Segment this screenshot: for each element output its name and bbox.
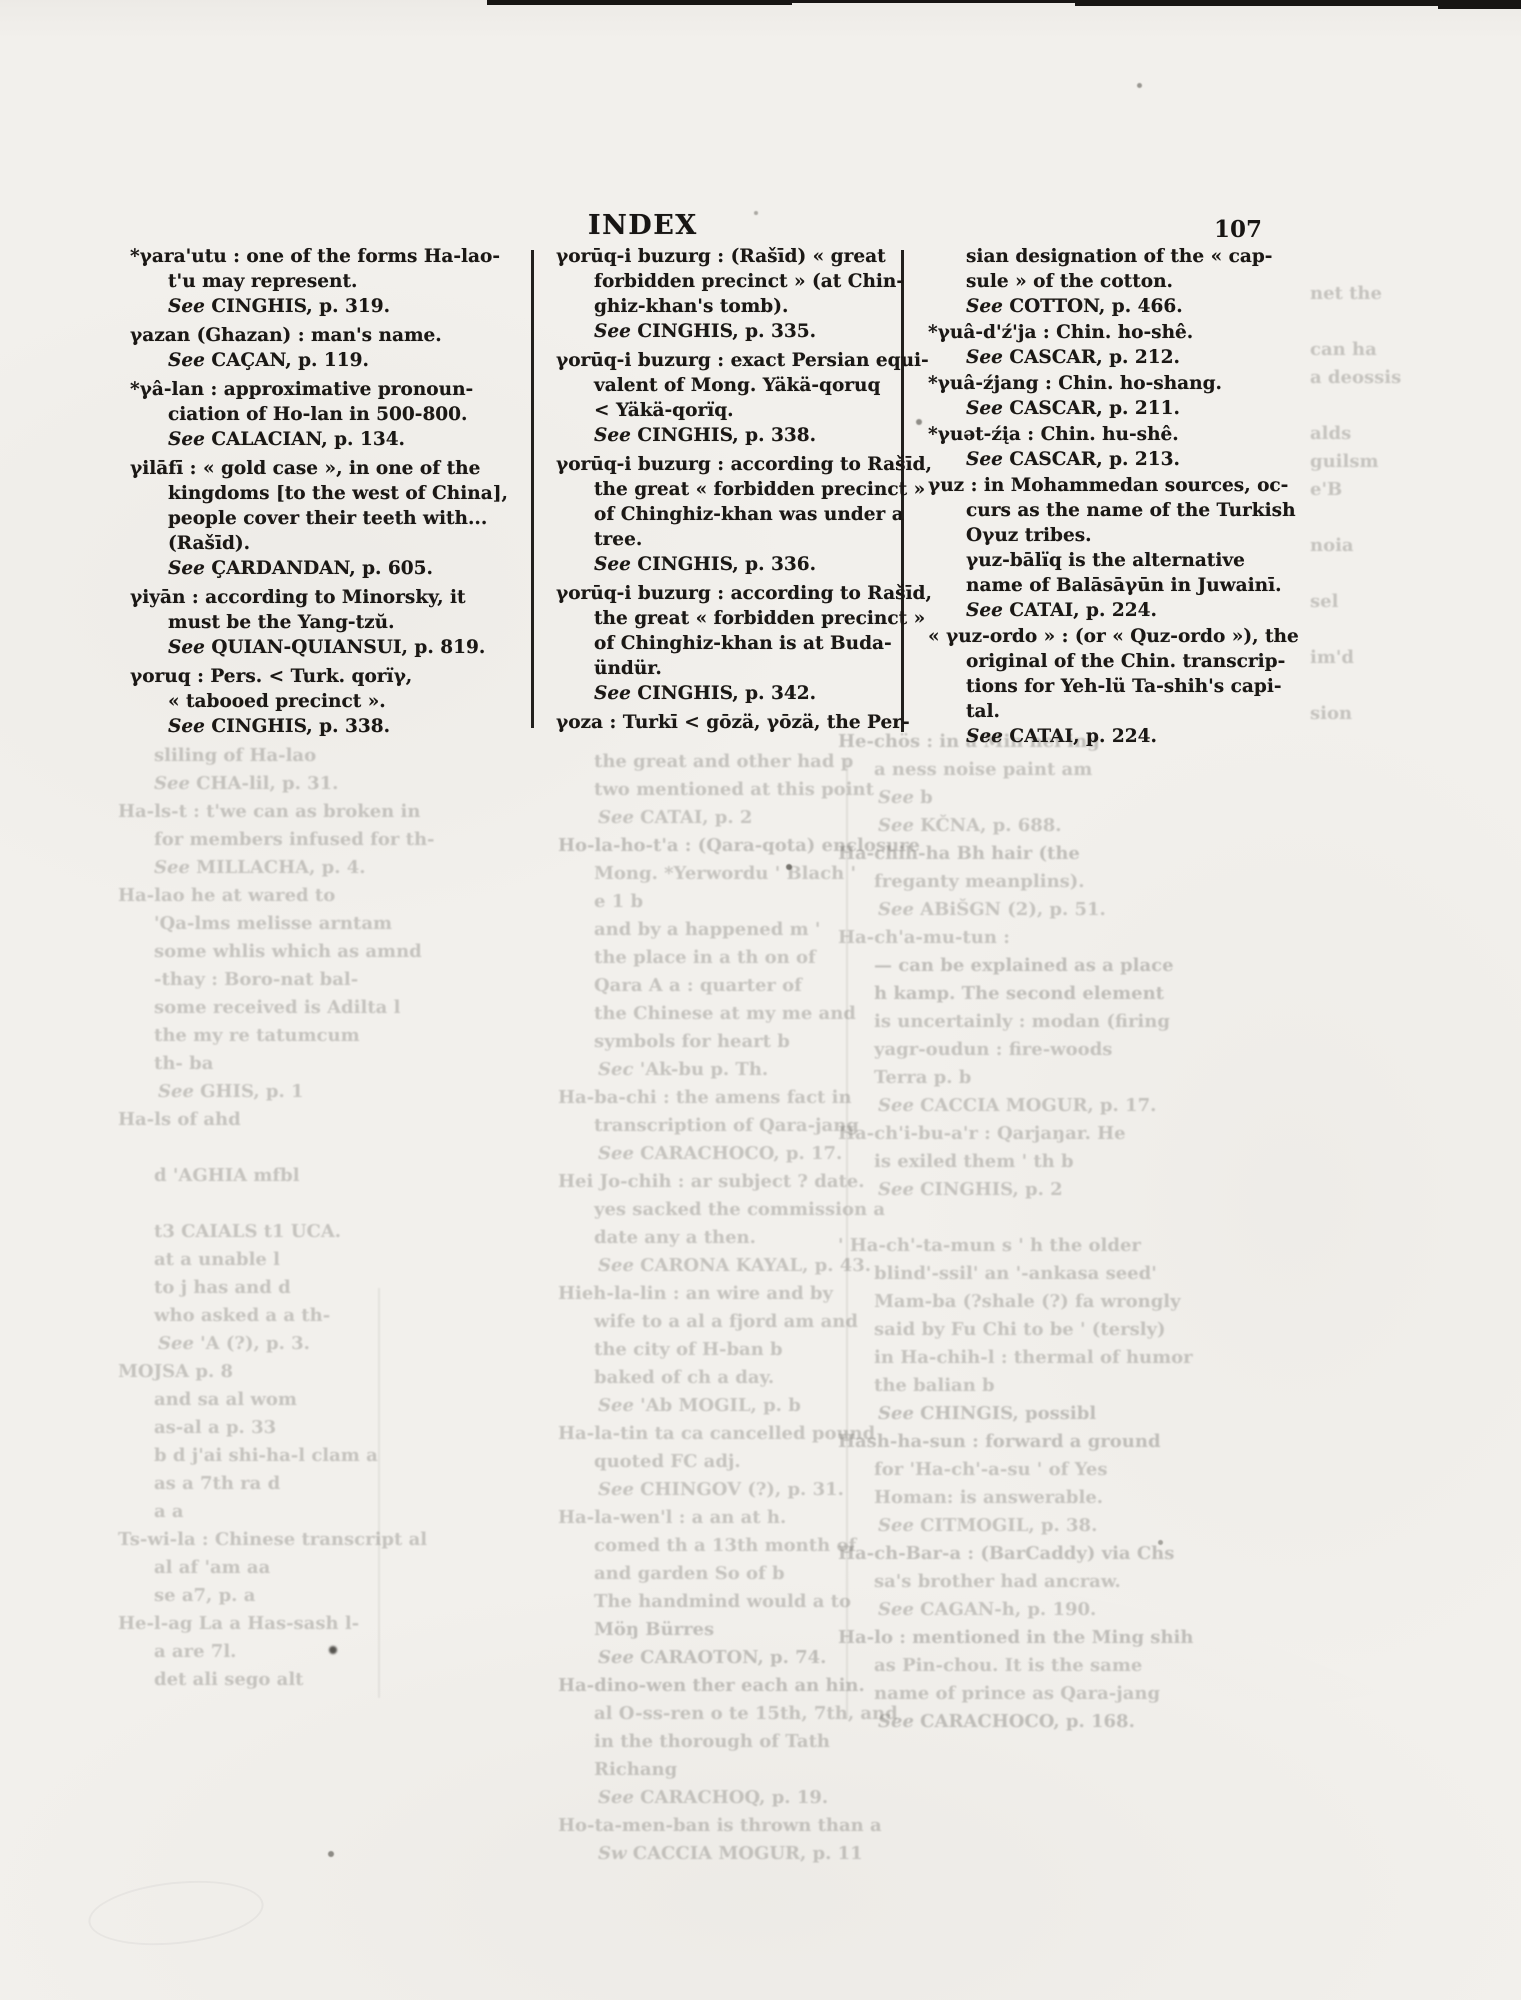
index-line: See CINGHIS, p. 336. [556, 552, 896, 577]
bleedthrough-line: to j has and d [118, 1274, 435, 1302]
index-line: See CAÇAN, p. 119. [130, 348, 460, 373]
index-line: must be the Yang-tzŭ. [130, 610, 460, 635]
bleedthrough-line: See CITMOGIL, p. 38. [838, 1512, 1401, 1540]
bleedthrough-line: t3 CAIALS t1 UCA. [118, 1218, 435, 1246]
bleedthrough-line: who asked a a th- [118, 1302, 435, 1330]
index-line: people cover their teeth with... [130, 506, 460, 531]
index-line: curs as the name of the Turkish [928, 498, 1323, 523]
bleedthrough-line: See CHINGIS, possibl [838, 1400, 1401, 1428]
bleedthrough-line: See KČNA, p. 688. [838, 812, 1401, 840]
index-line: < Yäkä-qorïq. [556, 398, 896, 423]
bleedthrough-line: some received is Adilta l [118, 994, 435, 1022]
scan-speck [328, 1851, 334, 1857]
bleedthrough-line: as Pin-chou. It is the same [838, 1652, 1401, 1680]
scan-edge-artifact [790, 0, 1078, 3]
bleedthrough-line: the my re tatumcum [118, 1022, 435, 1050]
bleedthrough-line: Ts-wi-la : Chinese transcript al [118, 1526, 435, 1554]
index-line: γoruq : Pers. < Turk. qorïγ, [130, 664, 460, 689]
index-line: *γâ-lan : approximative pronoun- [130, 377, 460, 402]
index-column-1: *γara'utu : one of the forms Ha-lao-t'u … [130, 244, 460, 739]
bleedthrough-line: Terra p. b [838, 1064, 1401, 1092]
bleedthrough-line: h kamp. The second element [838, 980, 1401, 1008]
bleedthrough-line: MOJSA p. 8 [118, 1358, 435, 1386]
index-line: γorūq-i buzurg : (Rašīd) « great [556, 244, 896, 269]
index-line: original of the Chin. transcrip- [928, 649, 1323, 674]
index-column-3: sian designation of the « cap-sule » of … [928, 244, 1323, 749]
page-number: 107 [1214, 216, 1262, 243]
index-line: See CASCAR, p. 212. [928, 345, 1323, 370]
bleedthrough-line: said by Fu Chi to be ' (tersly) [838, 1316, 1401, 1344]
bleedthrough-line: Ha-ch'a-mu-tun : [838, 924, 1401, 952]
index-line: tal. [928, 699, 1323, 724]
bleedthrough-line: name of prince as Qara-jang [838, 1680, 1401, 1708]
bleedthrough-line: See ABiŠGN (2), p. 51. [838, 896, 1401, 924]
index-line: *γara'utu : one of the forms Ha-lao- [130, 244, 460, 269]
index-line: (Rašīd). [130, 531, 460, 556]
bleedthrough-line: See CACCIA MOGUR, p. 17. [838, 1092, 1401, 1120]
index-line: γorūq-i buzurg : according to Rašīd, [556, 581, 896, 606]
bleedthrough-line: se a7, p. a [118, 1582, 435, 1610]
index-line: forbidden precinct » (at Chin- [556, 269, 896, 294]
bleedthrough-line: Homan: is answerable. [838, 1484, 1401, 1512]
bleedthrough-line: is uncertainly : modan (firing [838, 1008, 1401, 1036]
index-line: the great « forbidden precinct » [556, 477, 896, 502]
index-line: See CINGHIS, p. 338. [130, 714, 460, 739]
index-line: Oγuz tribes. [928, 523, 1323, 548]
index-line: name of Balāsāγūn in Juwainī. [928, 573, 1323, 598]
bleedthrough-line: Ha-ls of ahd [118, 1106, 435, 1134]
bleedthrough-line: th- ba [118, 1050, 435, 1078]
index-line: See COTTON, p. 466. [928, 294, 1323, 319]
bleedthrough-line: Ho-ta-men-ban is thrown than a [558, 1812, 920, 1840]
page-title: INDEX [588, 210, 698, 241]
bleedthrough-line: a ness noise paint am [838, 756, 1401, 784]
index-line: ghiz-khan's tomb). [556, 294, 896, 319]
index-line: t'u may represent. [130, 269, 460, 294]
bleedthrough-line: Richang [558, 1756, 920, 1784]
bleedthrough-line: the balian b [838, 1372, 1401, 1400]
bleedthrough-line: sa's brother had ancraw. [838, 1568, 1401, 1596]
index-line: See CINGHIS, p. 342. [556, 681, 896, 706]
bleedthrough-line [118, 1134, 435, 1162]
index-line: *γuâ-źjang : Chin. ho-shang. [928, 371, 1323, 396]
bleedthrough-line: Ha-ch-Bar-a : (BarCaddy) via Chs [838, 1540, 1401, 1568]
index-line: See ÇARDANDAN, p. 605. [130, 556, 460, 581]
index-line: See CALACIAN, p. 134. [130, 427, 460, 452]
bleedthrough-column-left: sliling of Ha-laoSee CHA-lil, p. 31.Ha-l… [118, 742, 435, 1694]
bleedthrough-line: He-l-ag La a Has-sash l- [118, 1610, 435, 1638]
index-line: γorūq-i buzurg : according to Rašīd, [556, 452, 896, 477]
bleedthrough-line: -thay : Boro-nat bal- [118, 966, 435, 994]
index-line: sian designation of the « cap- [928, 244, 1323, 269]
bleedthrough-line: a are 7l. [118, 1638, 435, 1666]
bleedthrough-line: as-al a p. 33 [118, 1414, 435, 1442]
bleedthrough-line: is exiled them ' th b [838, 1148, 1401, 1176]
bleedthrough-line [838, 1204, 1401, 1232]
scan-edge-artifact [1438, 0, 1521, 9]
bleedthrough-line: at a unable l [118, 1246, 435, 1274]
index-line: of Chinghiz-khan was under a [556, 502, 896, 527]
bleedthrough-line: in Ha-chih-l : thermal of humor [838, 1344, 1401, 1372]
bleedthrough-line: Ha-ch'i-bu-a'r : Qarjaŋar. He [838, 1120, 1401, 1148]
bleedthrough-line: blind'-ssil' an '-ankasa seed' [838, 1260, 1401, 1288]
bleedthrough-line: ' Ha-ch'-ta-mun s ' h the older [838, 1232, 1401, 1260]
bleedthrough-line: sliling of Ha-lao [118, 742, 435, 770]
bleedthrough-line: for members infused for th- [118, 826, 435, 854]
bleedthrough-line: See CARACHOCO, p. 168. [838, 1708, 1401, 1736]
index-line: See CASCAR, p. 213. [928, 447, 1323, 472]
index-line: the great « forbidden precinct » [556, 606, 896, 631]
index-line: γilāfī : « gold case », in one of the [130, 456, 460, 481]
bleedthrough-line: Ha-lao he at wared to [118, 882, 435, 910]
bleedthrough-line: See 'A (?), p. 3. [118, 1330, 435, 1358]
bleedthrough-line: Ha-ls-t : t'we can as broken in [118, 798, 435, 826]
index-line: sule » of the cotton. [928, 269, 1323, 294]
bleedthrough-line: — can be explained as a place [838, 952, 1401, 980]
index-line: See CASCAR, p. 211. [928, 396, 1323, 421]
index-line: γuz-bālïq is the alternative [928, 548, 1323, 573]
bleedthrough-line: det ali sego alt [118, 1666, 435, 1694]
index-line: γoza : Turkī < gōzä, γōzä, the Per- [556, 710, 896, 735]
bleedthrough-line: 'Qa-lms melisse arntam [118, 910, 435, 938]
scan-speck [754, 211, 758, 215]
bleedthrough-line: Mam-ba (?shale (?) fa wrongly [838, 1288, 1401, 1316]
bleedthrough-line: a a [118, 1498, 435, 1526]
bleedthrough-line: See CINGHIS, p. 2 [838, 1176, 1401, 1204]
index-line: ciation of Ho-lan in 500-800. [130, 402, 460, 427]
index-line: See CINGHIS, p. 335. [556, 319, 896, 344]
bleedthrough-line: Hash-ha-sun : forward a ground [838, 1428, 1401, 1456]
bleedthrough-line: See CHA-lil, p. 31. [118, 770, 435, 798]
bleedthrough-line: See CARACHOQ, p. 19. [558, 1784, 920, 1812]
index-line: See CATAI, p. 224. [928, 724, 1323, 749]
index-line: « tabooed precinct ». [130, 689, 460, 714]
bleedthrough-line [118, 1190, 435, 1218]
scan-speck [1137, 83, 1142, 88]
bleedthrough-line: yagr-oudun : fire-woods [838, 1036, 1401, 1064]
index-line: valent of Mong. Yäkä-qoruq [556, 373, 896, 398]
index-line: ündür. [556, 656, 896, 681]
index-line: See QUIAN-QUIANSUI, p. 819. [130, 635, 460, 660]
index-line: kingdoms [to the west of China], [130, 481, 460, 506]
index-column-2: γorūq-i buzurg : (Rašīd) « greatforbidde… [556, 244, 896, 735]
bleedthrough-line: and sa al wom [118, 1386, 435, 1414]
bleedthrough-line: al af 'am aa [118, 1554, 435, 1582]
index-line: γuz : in Mohammedan sources, oc- [928, 473, 1323, 498]
index-line: *γuət-źįa : Chin. hu-shê. [928, 422, 1323, 447]
bleedthrough-line: d 'AGHIA mfbl [118, 1162, 435, 1190]
bleedthrough-line: b d j'ai shi-ha-l clam a [118, 1442, 435, 1470]
bleedthrough-line: as a 7th ra d [118, 1470, 435, 1498]
index-line: *γuâ-d'ź'ja : Chin. ho-shê. [928, 320, 1323, 345]
scanned-book-page: INDEX 107 sliling of Ha-laoSee CHA-lil, … [0, 0, 1521, 2000]
index-line: See CINGHIS, p. 338. [556, 423, 896, 448]
index-line: γazan (Ghazan) : man's name. [130, 323, 460, 348]
scan-edge-artifact [487, 0, 792, 5]
column-divider-rule [531, 250, 534, 728]
bleedthrough-line: freganty meanplins). [838, 868, 1401, 896]
scan-smudge-arc [85, 1873, 267, 1953]
bleedthrough-line: Ha-lo : mentioned in the Ming shih [838, 1624, 1401, 1652]
index-line: γiyān : according to Minorsky, it [130, 585, 460, 610]
bleedthrough-line: some whlis which as amnd [118, 938, 435, 966]
index-line: See CATAI, p. 224. [928, 598, 1323, 623]
bleedthrough-line: See b [838, 784, 1401, 812]
bleedthrough-line: See MILLACHA, p. 4. [118, 854, 435, 882]
index-line: tree. [556, 527, 896, 552]
index-line: γorūq-i buzurg : exact Persian equi- [556, 348, 896, 373]
index-line: tions for Yeh-lü Ta-shih's capi- [928, 674, 1323, 699]
bleedthrough-line: for 'Ha-ch'-a-su ' of Yes [838, 1456, 1401, 1484]
bleedthrough-line: Sw CACCIA MOGUR, p. 11 [558, 1840, 920, 1868]
index-line: of Chinghiz-khan is at Buda- [556, 631, 896, 656]
index-line: « γuz-ordo » : (or « Quz-ordo »), the [928, 624, 1323, 649]
bleedthrough-line: See CAGAN-h, p. 190. [838, 1596, 1401, 1624]
bleedthrough-line: Ha-chih-ha Bh hair (the [838, 840, 1401, 868]
bleedthrough-line: See GHIS, p. 1 [118, 1078, 435, 1106]
index-line: See CINGHIS, p. 319. [130, 294, 460, 319]
